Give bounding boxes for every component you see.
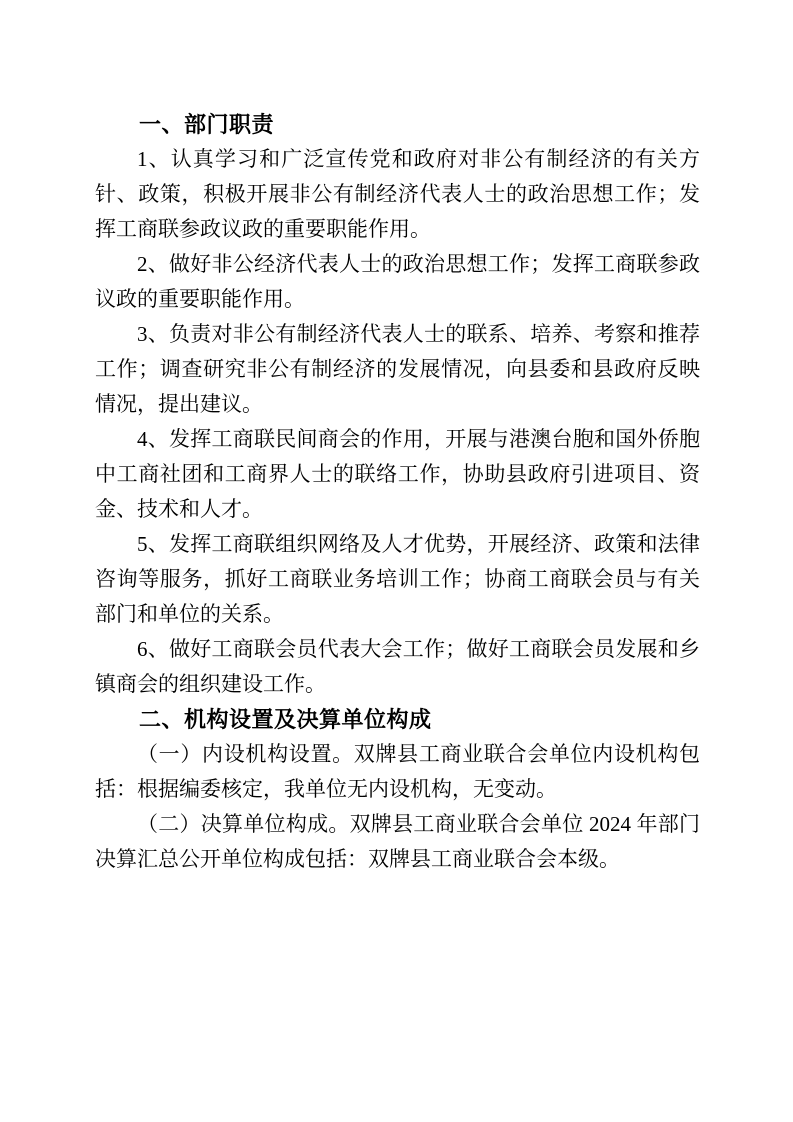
section-1-paragraph-5: 5、发挥工商联组织网络及人才优势，开展经济、政策和法律咨询等服务，抓好工商联业务…	[95, 527, 700, 632]
section-1-heading: 一、部门职责	[95, 107, 700, 142]
section-1-paragraph-3: 3、负责对非公有制经济代表人士的联系、培养、考察和推荐工作；调查研究非公有制经济…	[95, 317, 700, 422]
section-1-paragraph-2: 2、做好非公经济代表人士的政治思想工作；发挥工商联参政议政的重要职能作用。	[95, 247, 700, 317]
section-org-structure: 二、机构设置及决算单位构成 （一）内设机构设置。双牌县工商业联合会单位内设机构包…	[95, 702, 700, 877]
section-1-paragraph-1: 1、认真学习和广泛宣传党和政府对非公有制经济的有关方针、政策，积极开展非公有制经…	[95, 142, 700, 247]
section-1-paragraph-4: 4、发挥工商联民间商会的作用，开展与港澳台胞和国外侨胞中工商社团和工商界人士的联…	[95, 422, 700, 527]
section-department-duties: 一、部门职责 1、认真学习和广泛宣传党和政府对非公有制经济的有关方针、政策，积极…	[95, 107, 700, 702]
document-page: 一、部门职责 1、认真学习和广泛宣传党和政府对非公有制经济的有关方针、政策，积极…	[0, 0, 793, 1122]
section-2-paragraph-2: （二）决算单位构成。双牌县工商业联合会单位 2024 年部门决算汇总公开单位构成…	[95, 807, 700, 877]
section-1-paragraph-6: 6、做好工商联会员代表大会工作；做好工商联会员发展和乡镇商会的组织建设工作。	[95, 632, 700, 702]
section-2-heading: 二、机构设置及决算单位构成	[95, 702, 700, 737]
section-2-paragraph-1: （一）内设机构设置。双牌县工商业联合会单位内设机构包括：根据编委核定，我单位无内…	[95, 737, 700, 807]
